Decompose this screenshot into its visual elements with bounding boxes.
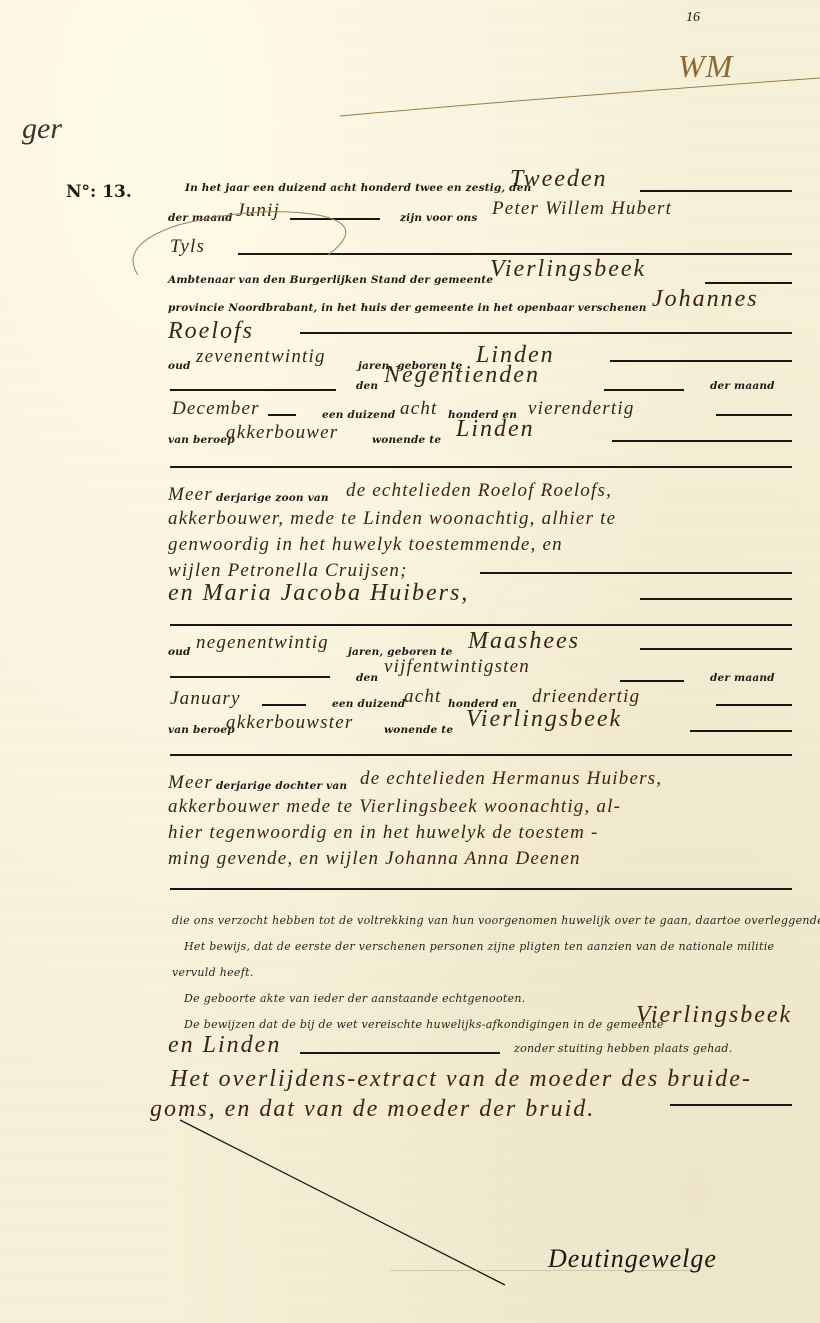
- fill-line: [705, 282, 792, 284]
- hand-bride-birthyear-hundreds: acht: [404, 686, 442, 708]
- printed-zonder-stuiting: zonder stuiting hebben plaats gehad.: [514, 1042, 733, 1055]
- printed-wonende-te: wonende te: [372, 434, 441, 446]
- initials-flourish-icon: [340, 78, 820, 118]
- hand-meer: Meer: [168, 484, 213, 506]
- printed-van-beroep: van beroep: [168, 434, 235, 446]
- fill-line: [640, 598, 792, 600]
- printed-een-duizend: een duizend: [322, 409, 395, 421]
- fill-line: [670, 1104, 792, 1106]
- printed-wonende-te-bride: wonende te: [384, 724, 453, 736]
- hand-bride-age: negenentwintig: [196, 632, 329, 654]
- section-divider: [170, 754, 792, 756]
- hand-bride-father-details: akkerbouwer mede te Vierlingsbeek woonac…: [168, 796, 621, 818]
- margin-note: ger: [22, 112, 62, 146]
- hand-groom-consent: genwoordig in het huwelyk toestemmende, …: [168, 534, 563, 556]
- hand-bride-parents: de echtelieden Hermanus Huibers,: [360, 768, 662, 790]
- printed-afkondigingen: De bewijzen dat de bij de wet vereischte…: [184, 1018, 664, 1031]
- fill-line: [640, 648, 792, 650]
- section-divider: [170, 466, 792, 468]
- printed-der-maand-2: der maand: [710, 380, 775, 392]
- printed-den-bride: den: [356, 672, 378, 684]
- printed-verzoek: die ons verzocht hebben tot de voltrekki…: [172, 914, 820, 927]
- hand-groom-surname: Roelofs: [168, 318, 254, 345]
- hand-banns-place-1: Vierlingsbeek: [636, 1002, 792, 1029]
- hand-groom-mother: wijlen Petronella Cruijsen;: [168, 560, 408, 582]
- fill-line: [268, 414, 296, 416]
- hand-groom-firstname: Johannes: [652, 286, 759, 313]
- hand-bride-mother: ming gevende, en wijlen Johanna Anna Dee…: [168, 848, 581, 870]
- hand-groom-father-details: akkerbouwer, mede te Linden woonachtig, …: [168, 508, 616, 530]
- fill-line: [716, 414, 792, 416]
- printed-vervuld: vervuld heeft.: [172, 966, 254, 979]
- hand-banns-place-2: en Linden: [168, 1032, 281, 1059]
- hand-death-extract-1: Het overlijdens-extract van de moeder de…: [170, 1066, 752, 1093]
- officer-signature: Deutingewelge: [548, 1244, 717, 1274]
- fill-line: [604, 389, 684, 391]
- hand-bride-birthday: vijfentwintigsten: [384, 656, 530, 678]
- printed-date-intro: In het jaar een duizend acht honderd twe…: [185, 182, 531, 194]
- name-flourish-icon: [118, 205, 438, 285]
- fill-line: [690, 730, 792, 732]
- fill-line: [300, 332, 792, 334]
- hand-groom-birthyear-hundreds: acht: [400, 398, 438, 420]
- printed-der-maand-bride: der maand: [710, 672, 775, 684]
- hand-groom-age: zevenentwintig: [196, 346, 326, 368]
- fill-line: [170, 676, 330, 678]
- fill-line: [480, 572, 792, 574]
- act-number: N°: 13.: [66, 182, 132, 202]
- hand-meer-bride: Meer: [168, 772, 213, 794]
- hand-bride-residence: Vierlingsbeek: [466, 706, 622, 733]
- page-number: 16: [686, 10, 700, 26]
- section-divider: [170, 624, 792, 626]
- printed-ambtenaar: Ambtenaar van den Burgerlijken Stand der…: [168, 274, 493, 286]
- fill-line: [170, 389, 336, 391]
- hand-bride-birthmonth: January: [170, 688, 241, 710]
- fill-line: [716, 704, 792, 706]
- fill-line: [640, 190, 792, 192]
- hand-bride-birthplace: Maashees: [468, 628, 580, 655]
- printed-den: den: [356, 380, 378, 392]
- printed-derjarige-zoon: derjarige zoon van: [216, 492, 329, 504]
- fill-line: [612, 440, 792, 442]
- section-divider: [170, 888, 792, 890]
- printed-oud: oud: [168, 360, 191, 372]
- fill-line: [610, 360, 792, 362]
- fill-line: [300, 1052, 500, 1054]
- hand-groom-residence: Linden: [456, 416, 535, 443]
- hand-bride-birthyear: drieendertig: [532, 686, 640, 708]
- printed-oud-bride: oud: [168, 646, 191, 658]
- hand-official-name: Peter Willem Hubert: [492, 198, 672, 220]
- hand-death-extract-2: goms, en dat van de moeder der bruid.: [150, 1096, 595, 1123]
- hand-groom-birthday: Negentienden: [384, 362, 540, 389]
- printed-militie: Het bewijs, dat de eerste der verschenen…: [184, 940, 774, 953]
- hand-groom-birthmonth: December: [172, 398, 260, 420]
- hand-groom-occupation: akkerbouwer: [226, 422, 338, 444]
- hand-bride-occupation: akkerbouwster: [226, 712, 353, 734]
- printed-een-duizend-bride: een duizend: [332, 698, 405, 710]
- printed-geboorte-akte: De geboorte akte van ieder der aanstaand…: [184, 992, 526, 1005]
- hand-municipality: Vierlingsbeek: [490, 256, 646, 283]
- fill-line: [620, 680, 684, 682]
- hand-groom-birthyear: vierendertig: [528, 398, 635, 420]
- hand-groom-parents: de echtelieden Roelof Roelofs,: [346, 480, 612, 502]
- printed-derjarige-dochter: derjarige dochter van: [216, 780, 347, 792]
- hand-bride-consent: hier tegenwoordig en in het huwelyk de t…: [168, 822, 598, 844]
- hand-bride-name: en Maria Jacoba Huibers,: [168, 580, 469, 607]
- hand-day: Tweeden: [510, 166, 608, 193]
- printed-van-beroep-bride: van beroep: [168, 724, 235, 736]
- printed-provincie: provincie Noordbrabant, in het huis der …: [168, 302, 647, 314]
- diagonal-strike-line: [180, 1120, 510, 1290]
- fill-line: [262, 704, 306, 706]
